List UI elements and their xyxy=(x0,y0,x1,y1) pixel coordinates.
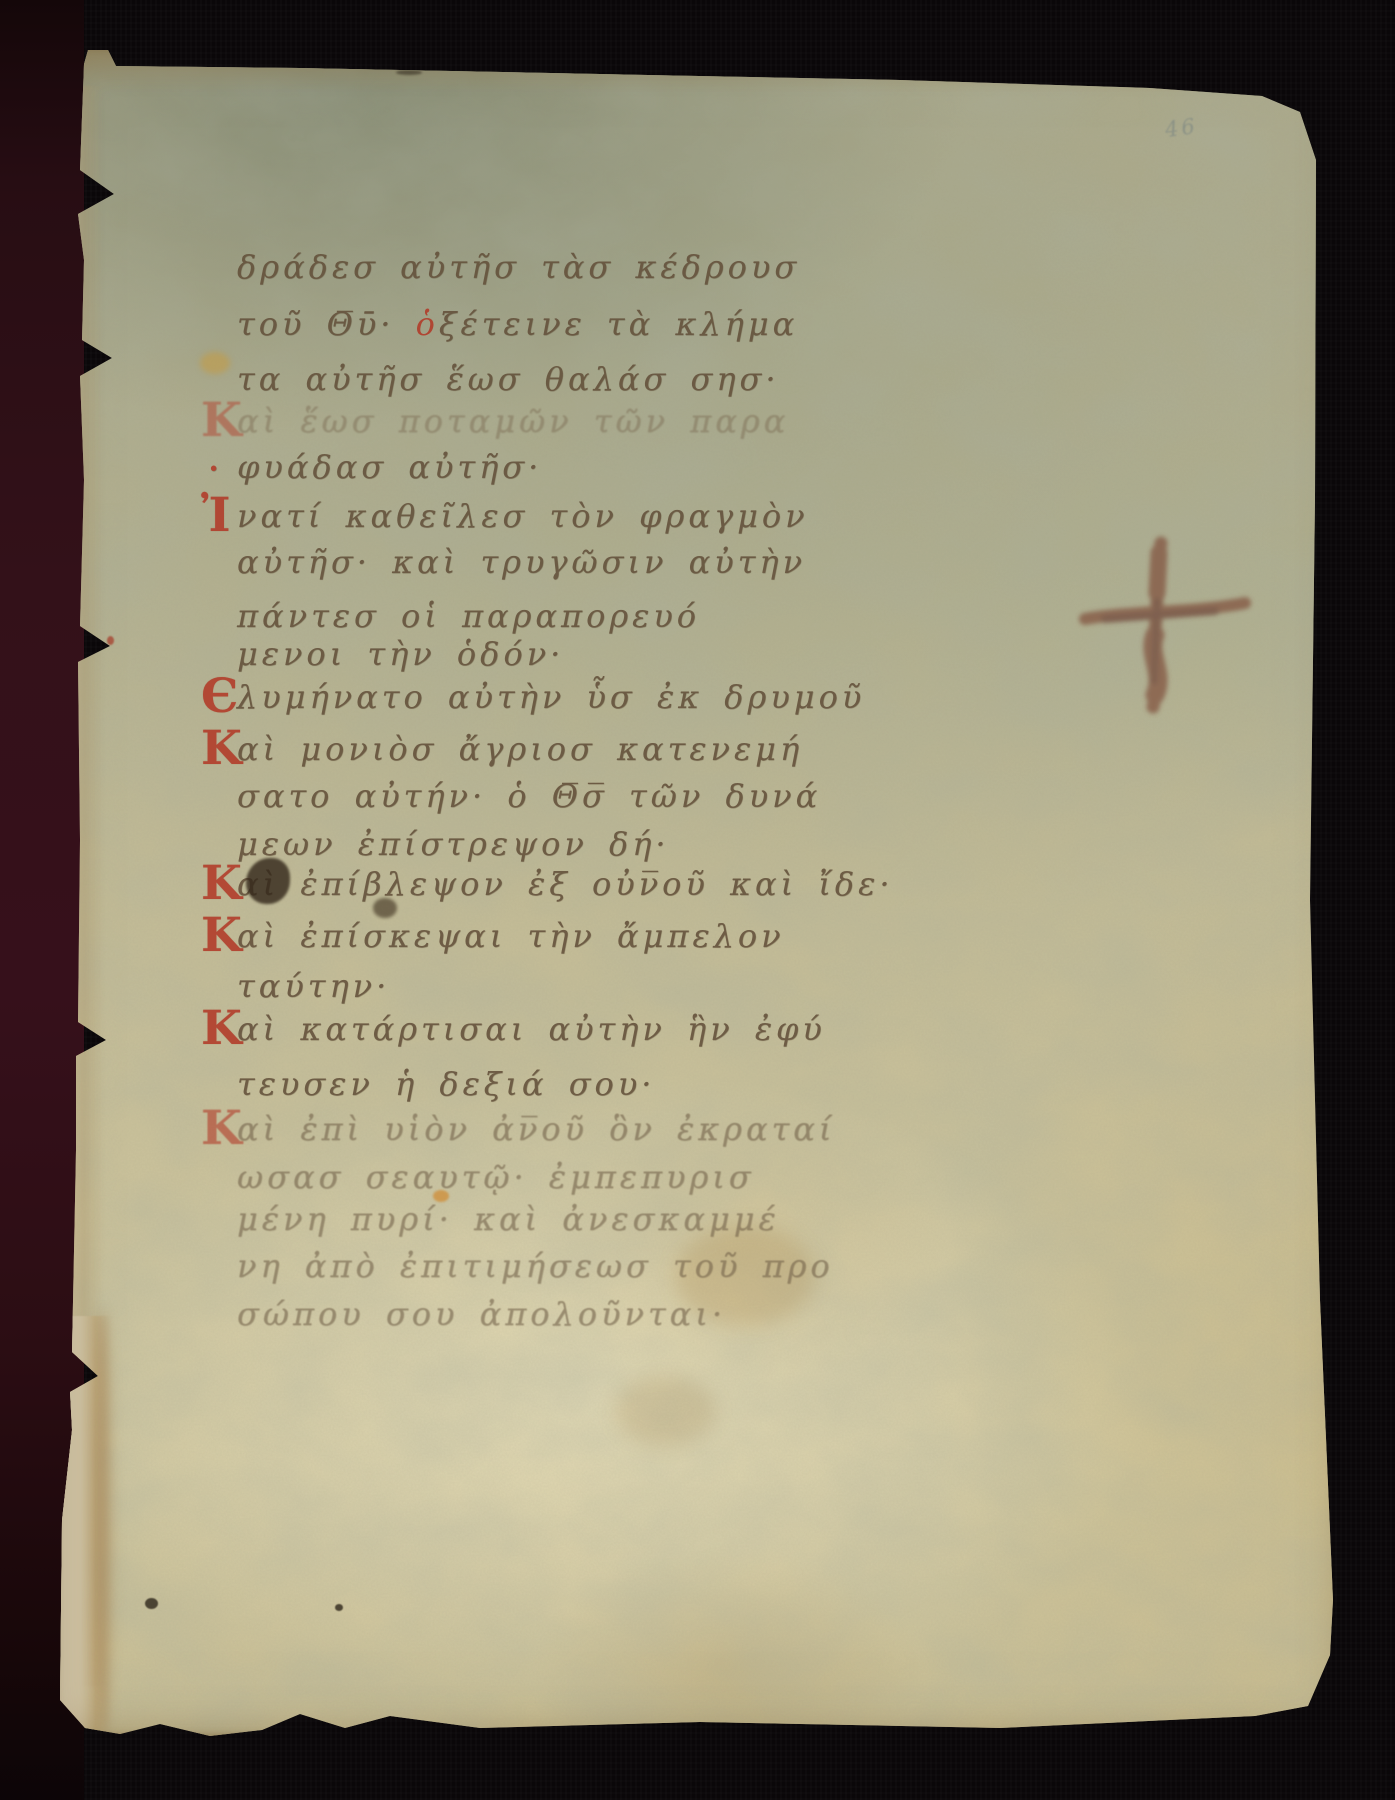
rubric-initial: Κ xyxy=(201,721,242,776)
rubric-initial: Є xyxy=(201,669,238,724)
orange-speck xyxy=(433,1190,449,1202)
manuscript-line: Ἰνατί καθεῖλεσ τὸν φραγμὸν xyxy=(237,497,809,535)
manuscript-line: μένη πυρί· καὶ ἀνεσκαμμέ xyxy=(237,1200,780,1238)
ink-text: αὶ κατάρτισαι αὐτὴν ἣν ἐφύ xyxy=(237,1010,826,1048)
yellow-spot xyxy=(555,36,615,62)
manuscript-line: ταύτην· xyxy=(237,967,390,1005)
red-speck xyxy=(107,636,114,645)
manuscript-line: μενοι τὴν ὁδόν· xyxy=(237,635,564,673)
rubric-initial: Κ xyxy=(201,393,242,448)
ink-text: αὶ μονιὸσ ἄγριοσ κατενεμή xyxy=(237,730,803,768)
photo-backdrop: { "manuscript": { "kind": "greek-parchme… xyxy=(0,0,1395,1800)
rubric-text: ὁ xyxy=(416,305,439,343)
manuscript-line: ·φυάδασ αὐτῆσ· xyxy=(237,448,542,486)
ink-text: σώπου σου ἀπολοῦνται· xyxy=(237,1295,726,1333)
parchment-page: δράδεσ αὐτῆσ τὰσ κέδρουστοῦ Θ̅ῡ· ὁξέτειν… xyxy=(55,46,1345,1736)
manuscript-line: νη ἀπὸ ἐπιτιμήσεωσ τοῦ προ xyxy=(237,1247,834,1285)
manuscript-line: Καὶ μονιὸσ ἄγριοσ κατενεμή xyxy=(237,730,803,768)
ink-text: τοῦ Θ̅ῡ· xyxy=(237,305,416,343)
dark-fleck xyxy=(335,1604,343,1611)
ink-text: πάντεσ οἱ παραπορευό xyxy=(237,597,700,635)
manuscript-line: μεων ἐπίστρεψον δή· xyxy=(237,825,670,863)
ink-text: δράδεσ αὐτῆσ τὰσ κέδρουσ xyxy=(237,248,800,286)
manuscript-line: Καὶ ἐπίβλεψον ἐξ οὐν̅οῦ καὶ ἴδε· xyxy=(237,865,894,903)
ink-text: φυάδασ αὐτῆσ· xyxy=(237,448,542,486)
manuscript-line: αὐτῆσ· καὶ τρυγῶσιν αὐτὴν xyxy=(237,543,806,581)
ink-text: τα αὐτῆσ ἕωσ θαλάσ σησ· xyxy=(237,360,780,398)
ink-text: νατί καθεῖλεσ τὸν φραγμὸν xyxy=(237,497,809,535)
ink-text: τευσεν ἡ δεξιά σου· xyxy=(237,1065,655,1103)
manuscript-line: Καὶ ἕωσ ποταμῶν τῶν παρα xyxy=(237,402,789,440)
ink-text: ωσασ σεαυτῷ· ἐμπεπυρισ xyxy=(237,1158,755,1196)
dark-fleck xyxy=(145,1598,158,1609)
manuscript-line: δράδεσ αὐτῆσ τὰσ κέδρουσ xyxy=(237,248,800,286)
ink-text: μεων ἐπίστρεψον δή· xyxy=(237,825,670,863)
manuscript-line: Καὶ ἐπίσκεψαι τὴν ἄμπελον xyxy=(237,917,785,955)
manuscript-line: Καὶ κατάρτισαι αὐτὴν ἣν ἐφύ xyxy=(237,1010,826,1048)
manuscript-line: τοῦ Θ̅ῡ· ὁξέτεινε τὰ κλήμα xyxy=(237,305,798,343)
ink-text: αὶ ἐπὶ υἱὸν ἀν̅οῦ ὃν ἐκραταί xyxy=(237,1110,835,1148)
ink-blot xyxy=(373,898,397,918)
ink-text: μενοι τὴν ὁδόν· xyxy=(237,635,564,673)
ink-text: λυμήνατο αὐτὴν ὗσ ἐκ δρυμοῦ xyxy=(237,678,865,716)
manuscript-line: ωσασ σεαυτῷ· ἐμπεπυρισ xyxy=(237,1158,755,1196)
dark-fleck xyxy=(396,70,422,75)
ink-text: αὐτῆσ· καὶ τρυγῶσιν αὐτὴν xyxy=(237,543,806,581)
manuscript-line: τα αὐτῆσ ἕωσ θαλάσ σησ· xyxy=(237,360,780,398)
rubric-initial: Κ xyxy=(201,856,242,911)
ink-text: ξέτεινε τὰ κλήμα xyxy=(439,305,798,343)
faint-inscription: 46 xyxy=(1163,114,1199,142)
ink-text: ταύτην· xyxy=(237,967,390,1005)
rubric-initial: Κ xyxy=(201,908,242,963)
margin-cross-mark xyxy=(1075,531,1265,731)
manuscript-line: σατο αὐτήν· ὁ Θ̅σ̅ τῶν δυνά xyxy=(237,777,821,815)
manuscript-line: πάντεσ οἱ παραπορευό xyxy=(237,597,700,635)
manuscript-line: σώπου σου ἀπολοῦνται· xyxy=(237,1295,726,1333)
ink-text: σατο αὐτήν· ὁ Θ̅σ̅ τῶν δυνά xyxy=(237,777,821,815)
manuscript-line: τευσεν ἡ δεξιά σου· xyxy=(237,1065,655,1103)
rubric-initial: Κ xyxy=(201,1001,242,1056)
rubric-initial: Ἰ xyxy=(201,488,231,543)
ink-text: νη ἀπὸ ἐπιτιμήσεωσ τοῦ προ xyxy=(237,1247,834,1285)
rubric-margin-dot: · xyxy=(207,444,224,493)
rubric-initial: Κ xyxy=(201,1101,242,1156)
ink-blot xyxy=(246,858,290,904)
ink-text: μένη πυρί· καὶ ἀνεσκαμμέ xyxy=(237,1200,780,1238)
manuscript-line: Καὶ ἐπὶ υἱὸν ἀν̅οῦ ὃν ἐκραταί xyxy=(237,1110,835,1148)
ink-text: αὶ ἕωσ ποταμῶν τῶν παρα xyxy=(237,402,789,440)
manuscript-line: Єλυμήνατο αὐτὴν ὗσ ἐκ δρυμοῦ xyxy=(237,678,865,716)
ink-text: αὶ ἐπίβλεψον ἐξ οὐν̅οῦ καὶ ἴδε· xyxy=(237,865,894,903)
ink-text: αὶ ἐπίσκεψαι τὴν ἄμπελον xyxy=(237,917,785,955)
